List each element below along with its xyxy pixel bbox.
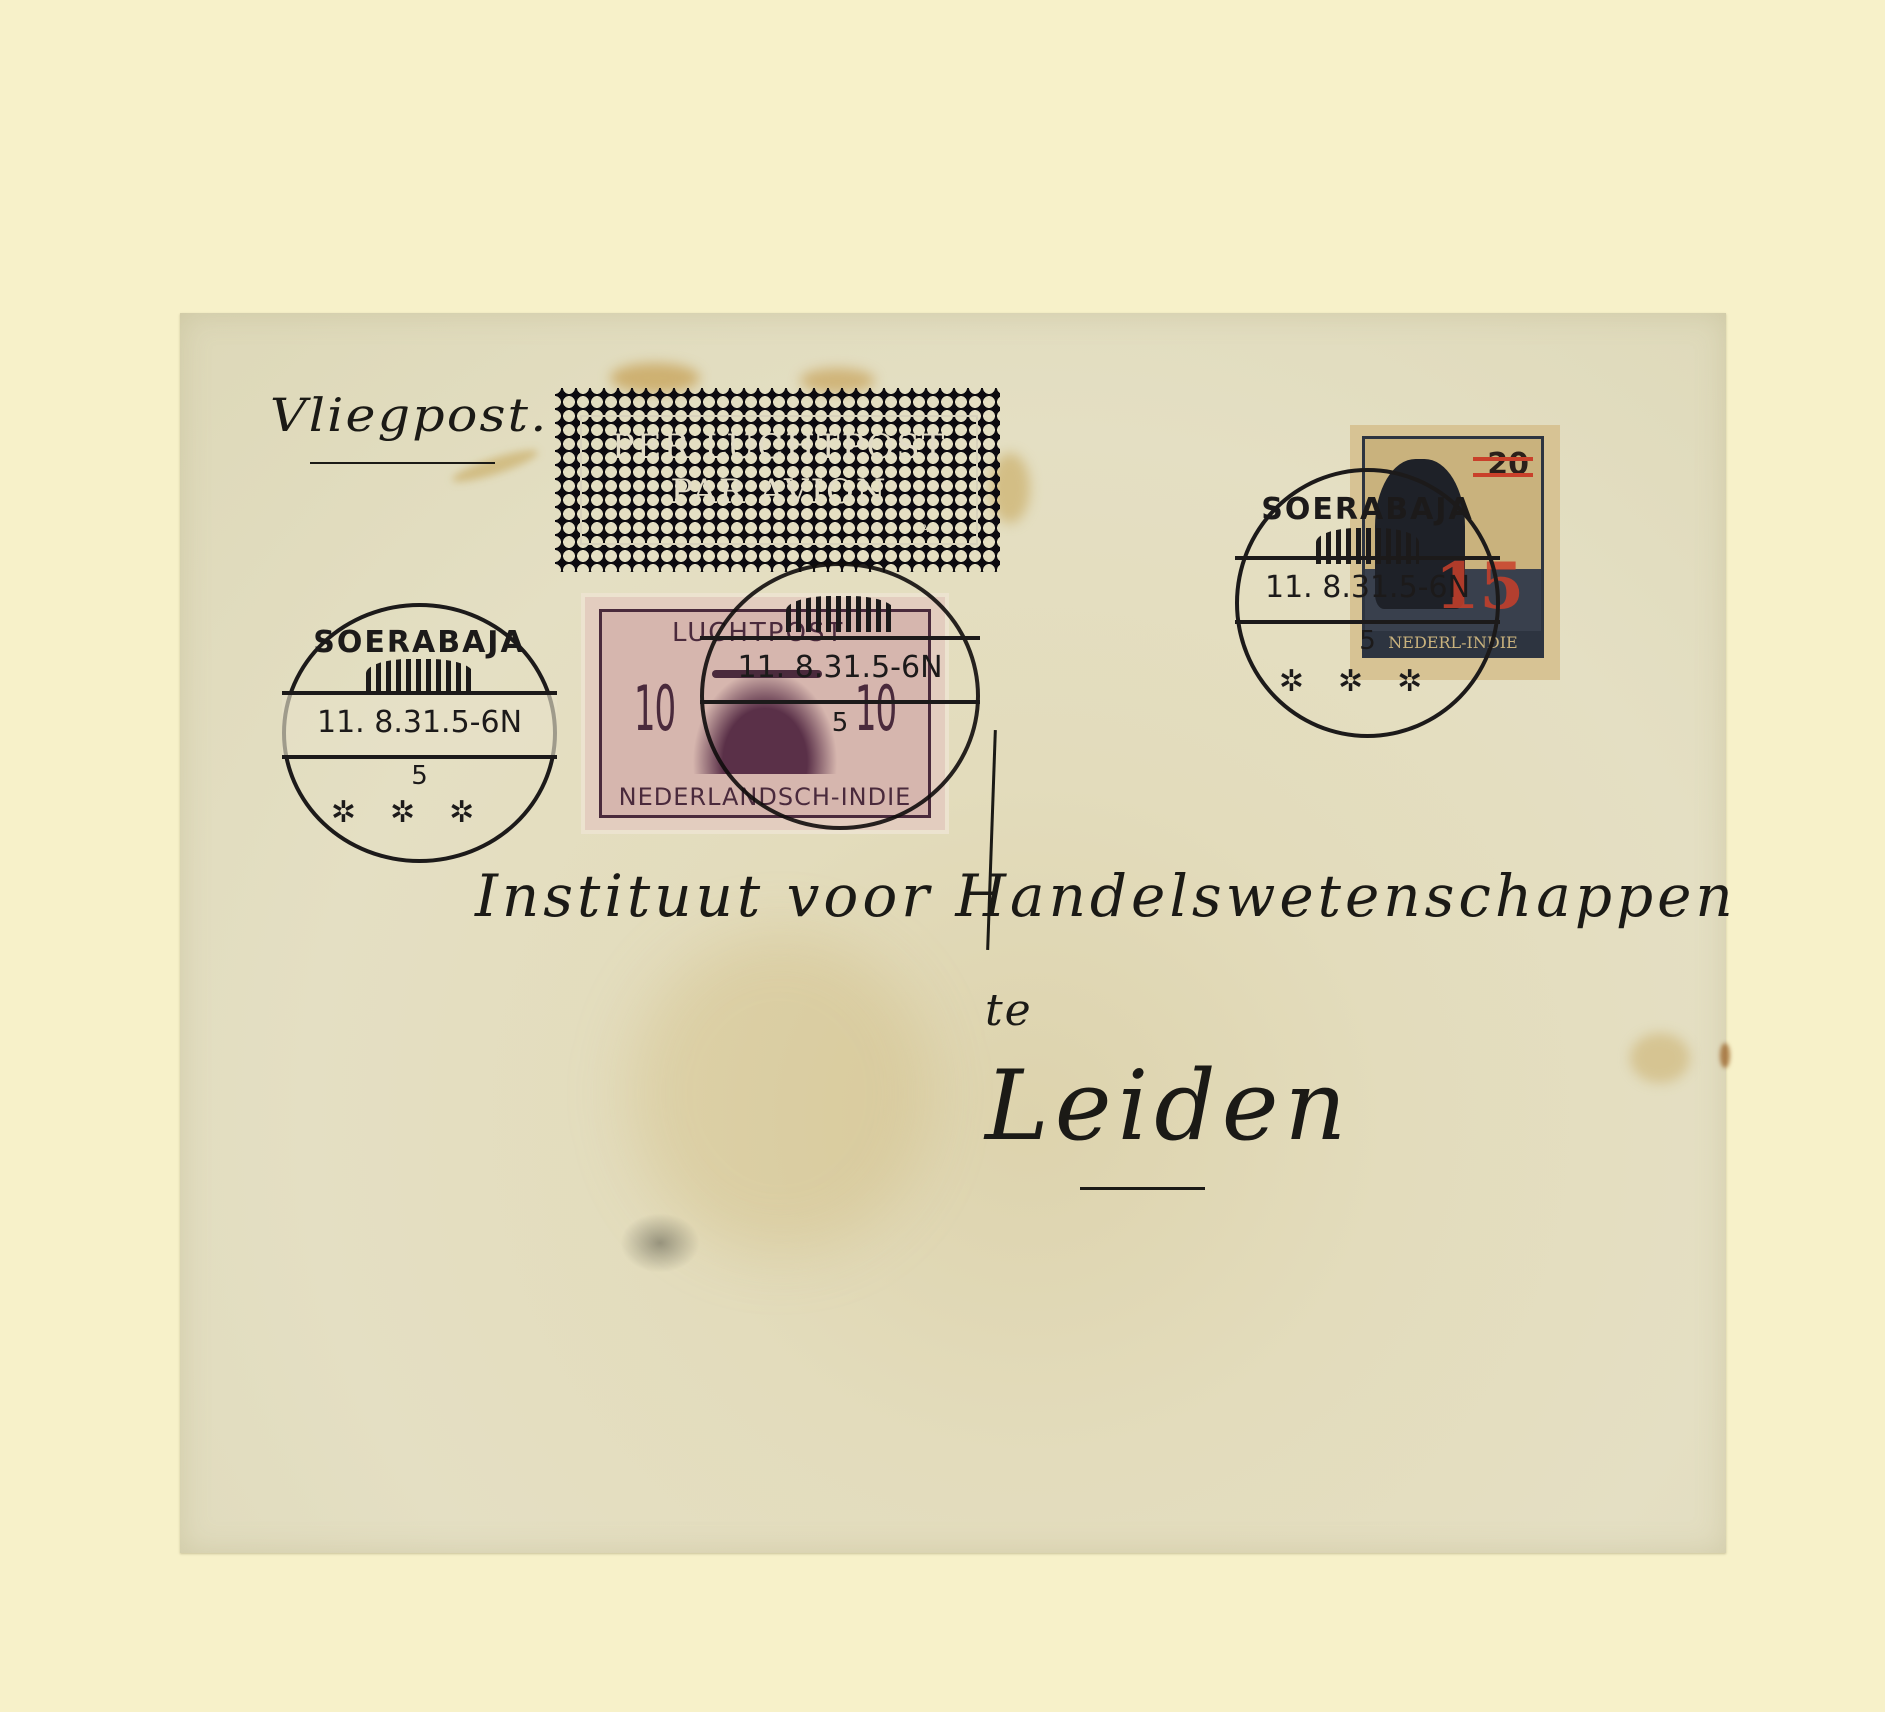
- airmail-label-frame: PER LUCHTPOST PAR AVION AV 5: [580, 415, 978, 545]
- postmark-stars: ✲✲✲: [1239, 664, 1496, 699]
- handwritten-vliegpost: Vliegpost.: [270, 388, 548, 442]
- stain: [450, 444, 541, 487]
- stain: [630, 933, 930, 1253]
- postmark-date: 11. 8.31.5-6N: [700, 650, 980, 685]
- postmark: SOERABAJA 11. 8.31.5-6N 5 ✲✲✲: [282, 603, 557, 863]
- airmail-label-code: AV 5: [921, 523, 956, 535]
- address-city: Leiden: [985, 1050, 1352, 1162]
- vliegpost-underline: [310, 462, 495, 464]
- ink-smudge: [620, 1213, 700, 1273]
- surcharge-bar: [1473, 457, 1533, 461]
- address-line-2: te: [985, 985, 1033, 1036]
- postmark-hatching: [366, 659, 473, 695]
- postmark-stars: ✲✲✲: [286, 795, 553, 830]
- airmail-label-line2: PAR AVION: [582, 472, 976, 512]
- surcharge-bar: [1473, 473, 1533, 477]
- stain: [1630, 1033, 1690, 1083]
- postmark-band: 11. 8.31.5-6N: [282, 691, 557, 759]
- postmark: 11. 8.31.5-6N 5: [700, 562, 980, 830]
- postmark-city: SOERABAJA: [1239, 492, 1496, 527]
- postmark-office: 5: [1239, 626, 1496, 656]
- stain: [1720, 1043, 1730, 1068]
- postmark-office: 5: [286, 761, 553, 791]
- postmark-band: 11. 8.31.5-6N: [700, 636, 980, 704]
- postmark-office: 5: [704, 708, 976, 738]
- address-line-1: Instituut voor Handelswetenschappen: [475, 862, 1737, 930]
- city-underline: [1080, 1187, 1205, 1190]
- postmark-city: SOERABAJA: [286, 625, 553, 660]
- postmark-date: 11. 8.31.5-6N: [1235, 570, 1500, 605]
- postmark-date: 11. 8.31.5-6N: [282, 705, 557, 740]
- postmark: SOERABAJA 11. 8.31.5-6N 5 ✲✲✲: [1235, 468, 1500, 738]
- postmark-hatching: [786, 596, 895, 632]
- postmark-band: 11. 8.31.5-6N: [1235, 556, 1500, 624]
- stamp-value-left: 10: [634, 672, 675, 745]
- airmail-label-line1: PER LUCHTPOST: [582, 427, 976, 467]
